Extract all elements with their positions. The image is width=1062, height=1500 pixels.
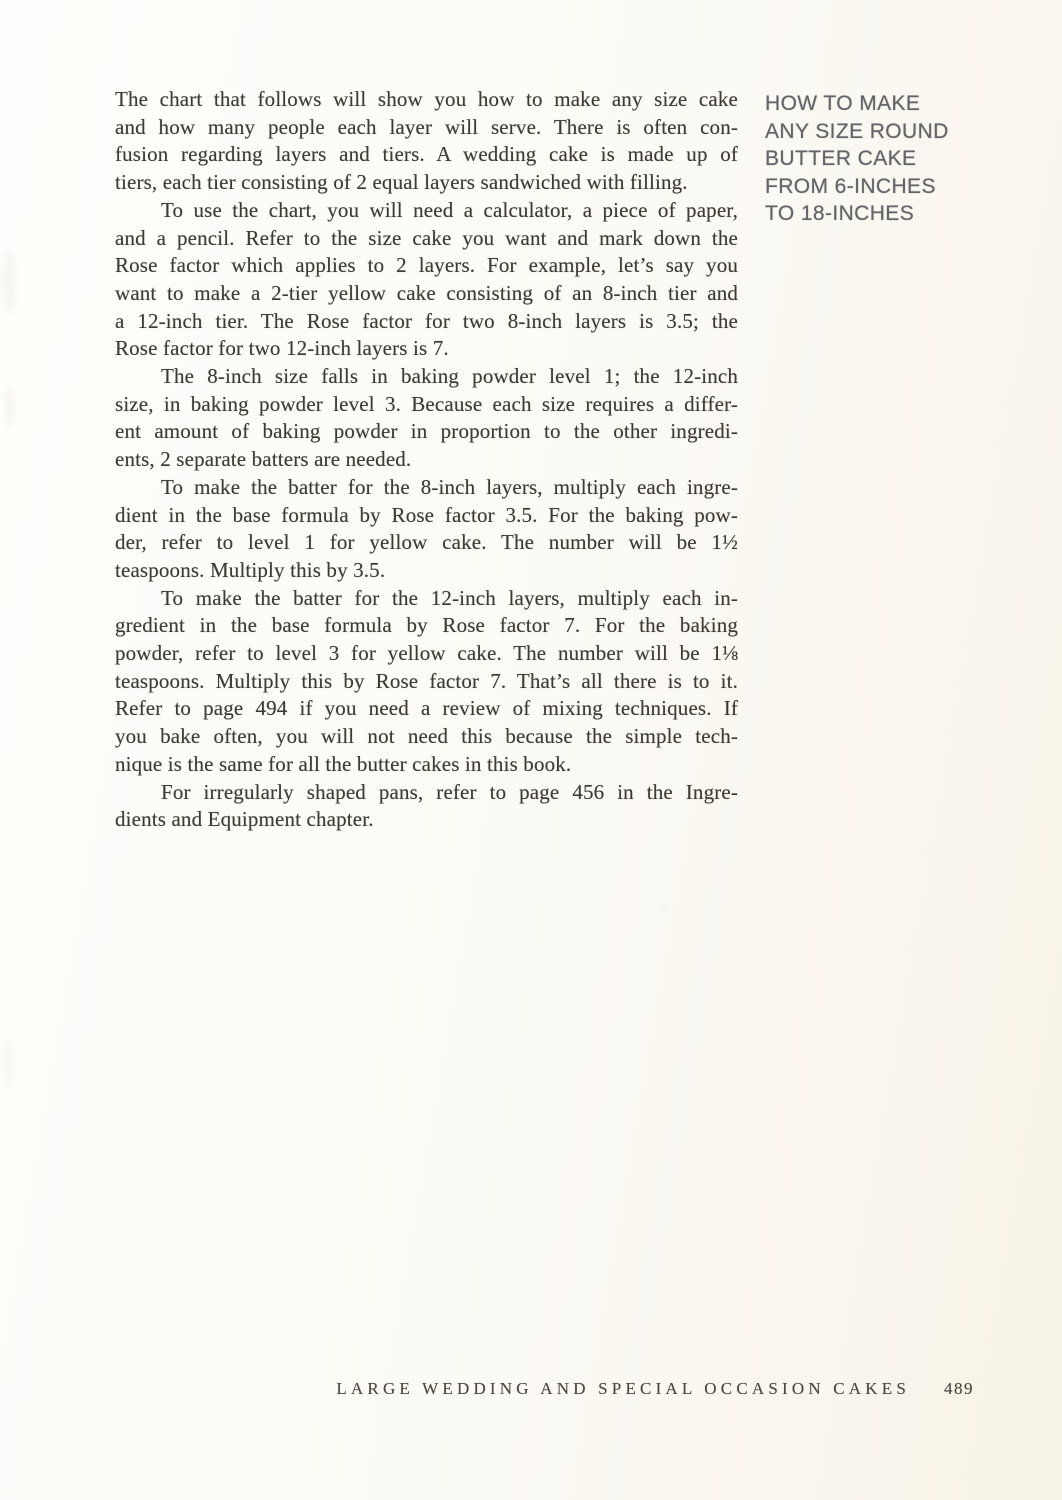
scan-artifact bbox=[660, 903, 668, 911]
page-number: 489 bbox=[944, 1379, 974, 1398]
text-line: size, in baking powder level 3. Because … bbox=[115, 391, 738, 419]
text-line: powder, refer to level 3 for yellow cake… bbox=[115, 640, 738, 668]
text-line: der, refer to level 1 for yellow cake. T… bbox=[115, 529, 738, 557]
book-page: The chart that follows will show you how… bbox=[0, 0, 1062, 1500]
heading-line: FROM 6-INCHES bbox=[765, 173, 965, 201]
text-line: gredient in the base formula by Rose fac… bbox=[115, 612, 738, 640]
text-line: For irregularly shaped pans, refer to pa… bbox=[115, 779, 738, 807]
text-line: The 8-inch size falls in baking powder l… bbox=[115, 363, 738, 391]
text-line: a 12-inch tier. The Rose factor for two … bbox=[115, 308, 738, 336]
text-line: nique is the same for all the butter cak… bbox=[115, 751, 738, 779]
text-line: Refer to page 494 if you need a review o… bbox=[115, 695, 738, 723]
text-line: teaspoons. Multiply this by Rose factor … bbox=[115, 668, 738, 696]
page-footer: LARGE WEDDING AND SPECIAL OCCASION CAKES… bbox=[336, 1379, 974, 1399]
text-line: dient in the base formula by Rose factor… bbox=[115, 502, 738, 530]
paragraph: To use the chart, you will need a calcul… bbox=[115, 197, 738, 363]
text-line: To use the chart, you will need a calcul… bbox=[115, 197, 738, 225]
text-line: teaspoons. Multiply this by 3.5. bbox=[115, 557, 738, 585]
body-text-column: The chart that follows will show you how… bbox=[115, 86, 738, 834]
scan-artifact bbox=[2, 250, 16, 314]
text-line: and a pencil. Refer to the size cake you… bbox=[115, 225, 738, 253]
heading-line: TO 18-INCHES bbox=[765, 200, 965, 228]
paragraph: To make the batter for the 12-inch layer… bbox=[115, 585, 738, 779]
heading-line: ANY SIZE ROUND bbox=[765, 118, 965, 146]
text-line: The chart that follows will show you how… bbox=[115, 86, 738, 114]
text-line: you bake often, you will not need this b… bbox=[115, 723, 738, 751]
section-heading: HOW TO MAKEANY SIZE ROUNDBUTTER CAKEFROM… bbox=[765, 90, 965, 228]
text-line: fusion regarding layers and tiers. A wed… bbox=[115, 141, 738, 169]
paragraph: To make the batter for the 8-inch layers… bbox=[115, 474, 738, 585]
text-line: Rose factor which applies to 2 layers. F… bbox=[115, 252, 738, 280]
text-line: ent amount of baking powder in proportio… bbox=[115, 418, 738, 446]
paragraph: For irregularly shaped pans, refer to pa… bbox=[115, 779, 738, 834]
scan-artifact bbox=[4, 386, 14, 428]
text-line: ents, 2 separate batters are needed. bbox=[115, 446, 738, 474]
paragraph: The chart that follows will show you how… bbox=[115, 86, 738, 197]
scan-artifact bbox=[3, 1040, 12, 1086]
heading-line: HOW TO MAKE bbox=[765, 90, 965, 118]
heading-line: BUTTER CAKE bbox=[765, 145, 965, 173]
text-line: To make the batter for the 8-inch layers… bbox=[115, 474, 738, 502]
text-line: dients and Equipment chapter. bbox=[115, 806, 738, 834]
text-line: and how many people each layer will serv… bbox=[115, 114, 738, 142]
running-title: LARGE WEDDING AND SPECIAL OCCASION CAKES bbox=[336, 1379, 910, 1398]
text-line: want to make a 2-tier yellow cake consis… bbox=[115, 280, 738, 308]
text-line: tiers, each tier consisting of 2 equal l… bbox=[115, 169, 738, 197]
paragraph: The 8-inch size falls in baking powder l… bbox=[115, 363, 738, 474]
text-line: To make the batter for the 12-inch layer… bbox=[115, 585, 738, 613]
text-line: Rose factor for two 12-inch layers is 7. bbox=[115, 335, 738, 363]
